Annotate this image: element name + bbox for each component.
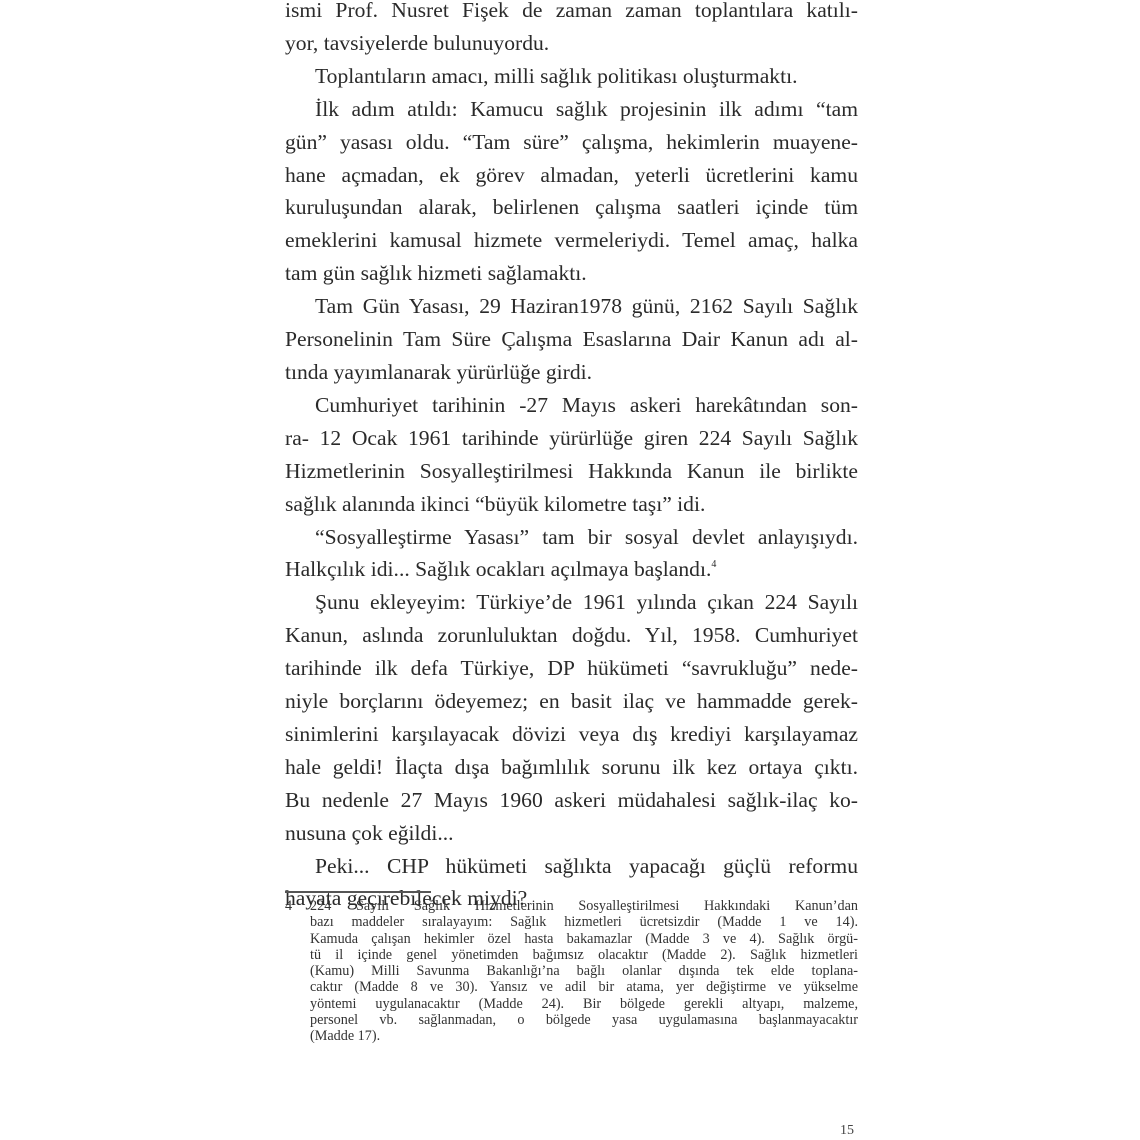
text-line: Peki... CHP hükümeti sağlıkta yapacağı g… (285, 850, 858, 883)
text-line: niyle borçlarını ödeyemez; en basit ilaç… (285, 685, 858, 718)
page-number: 15 (840, 1123, 854, 1139)
text-line: tam gün sağlık hizmeti sağlamaktı. (285, 257, 858, 290)
text-line: tarihinde ilk defa Türkiye, DP hükümeti … (285, 652, 858, 685)
text-line: sağlık alanında ikinci “büyük kilometre … (285, 488, 858, 521)
body-text: ismi Prof. Nusret Fişek de zaman zaman t… (285, 0, 858, 915)
footnote-number: 4 (285, 898, 292, 914)
text-line: hane açmadan, ek görev almadan, yeterli … (285, 159, 858, 192)
footnote-line: personel vb. sağlanmadan, o bölgede yasa… (310, 1012, 858, 1028)
paragraph: Cumhuriyet tarihinin -27 Mayıs askeri ha… (285, 389, 858, 521)
text-line: Hizmetlerinin Sosyalleştirilmesi Hakkınd… (285, 455, 858, 488)
text-line: İlk adım atıldı: Kamucu sağlık projesini… (285, 93, 858, 126)
paragraph: Toplantıların amacı, milli sağlık politi… (285, 60, 858, 93)
paragraph: ismi Prof. Nusret Fişek de zaman zaman t… (285, 0, 858, 60)
text-line: sinimlerini karşılayacak dövizi veya dış… (285, 718, 858, 751)
text-line: kuruluşundan alarak, belirlenen çalışma … (285, 191, 858, 224)
text-line: Kanun, aslında zorunluluktan doğdu. Yıl,… (285, 619, 858, 652)
text-line: Bu nedenle 27 Mayıs 1960 askeri müdahale… (285, 784, 858, 817)
text-line: Tam Gün Yasası, 29 Haziran1978 günü, 216… (285, 290, 858, 323)
text-line: emeklerini kamusal hizmete vermeleriydi.… (285, 224, 858, 257)
text-line: Şunu ekleyeyim: Türkiye’de 1961 yılında … (285, 586, 858, 619)
paragraph: “Sosyalleştirme Yasası” tam bir sosyal d… (285, 521, 858, 587)
footnote-reference[interactable]: 4 (711, 559, 716, 570)
text-line: Cumhuriyet tarihinin -27 Mayıs askeri ha… (285, 389, 858, 422)
text-line: ra- 12 Ocak 1961 tarihinde yürürlüğe gir… (285, 422, 858, 455)
text-line: tında yayımlanarak yürürlüğe girdi. (285, 356, 858, 389)
footnote-body: 224 Sayılı Sağlık Hizmetlerinin Sosyalle… (310, 898, 858, 1045)
footnote-line: yöntemi uygulanacaktır (Madde 24). Bir b… (310, 996, 858, 1012)
footnote-line: caktır (Madde 8 ve 30). Yansız ve adil b… (310, 979, 858, 995)
text-line: hale geldi! İlaçta dışa bağımlılık sorun… (285, 751, 858, 784)
footnote-line: (Madde 17). (310, 1028, 858, 1044)
text-line: “Sosyalleştirme Yasası” tam bir sosyal d… (285, 521, 858, 554)
text-line: yor, tavsiyelerde bulunuyordu. (285, 27, 858, 60)
paragraph: Tam Gün Yasası, 29 Haziran1978 günü, 216… (285, 290, 858, 389)
text-line: Toplantıların amacı, milli sağlık politi… (285, 60, 858, 93)
footnote-line: bazı maddeler sıralayayım: Sağlık hizmet… (310, 914, 858, 930)
text-line: Halkçılık idi... Sağlık ocakları açılmay… (285, 553, 858, 586)
text-line-content: Halkçılık idi... Sağlık ocakları açılmay… (285, 557, 711, 581)
footnote-separator (285, 891, 431, 893)
text-line: gün” yasası oldu. “Tam süre” çalışma, he… (285, 126, 858, 159)
footnote-line: 224 Sayılı Sağlık Hizmetlerinin Sosyalle… (310, 898, 858, 914)
text-line: ismi Prof. Nusret Fişek de zaman zaman t… (285, 0, 858, 27)
footnote: 4 224 Sayılı Sağlık Hizmetlerinin Sosyal… (285, 898, 858, 1045)
paragraph: İlk adım atıldı: Kamucu sağlık projesini… (285, 93, 858, 290)
footnote-line: Kamuda çalışan hekimler özel hasta bakam… (310, 931, 858, 947)
text-line: Personelinin Tam Süre Çalışma Esaslarına… (285, 323, 858, 356)
paragraph: Şunu ekleyeyim: Türkiye’de 1961 yılında … (285, 586, 858, 849)
footnote-line: (Kamu) Milli Savunma Bakanlığı’na bağlı … (310, 963, 858, 979)
footnote-line: tü il içinde genel yönetimden bağımsız o… (310, 947, 858, 963)
text-line: nusuna çok eğildi... (285, 817, 858, 850)
